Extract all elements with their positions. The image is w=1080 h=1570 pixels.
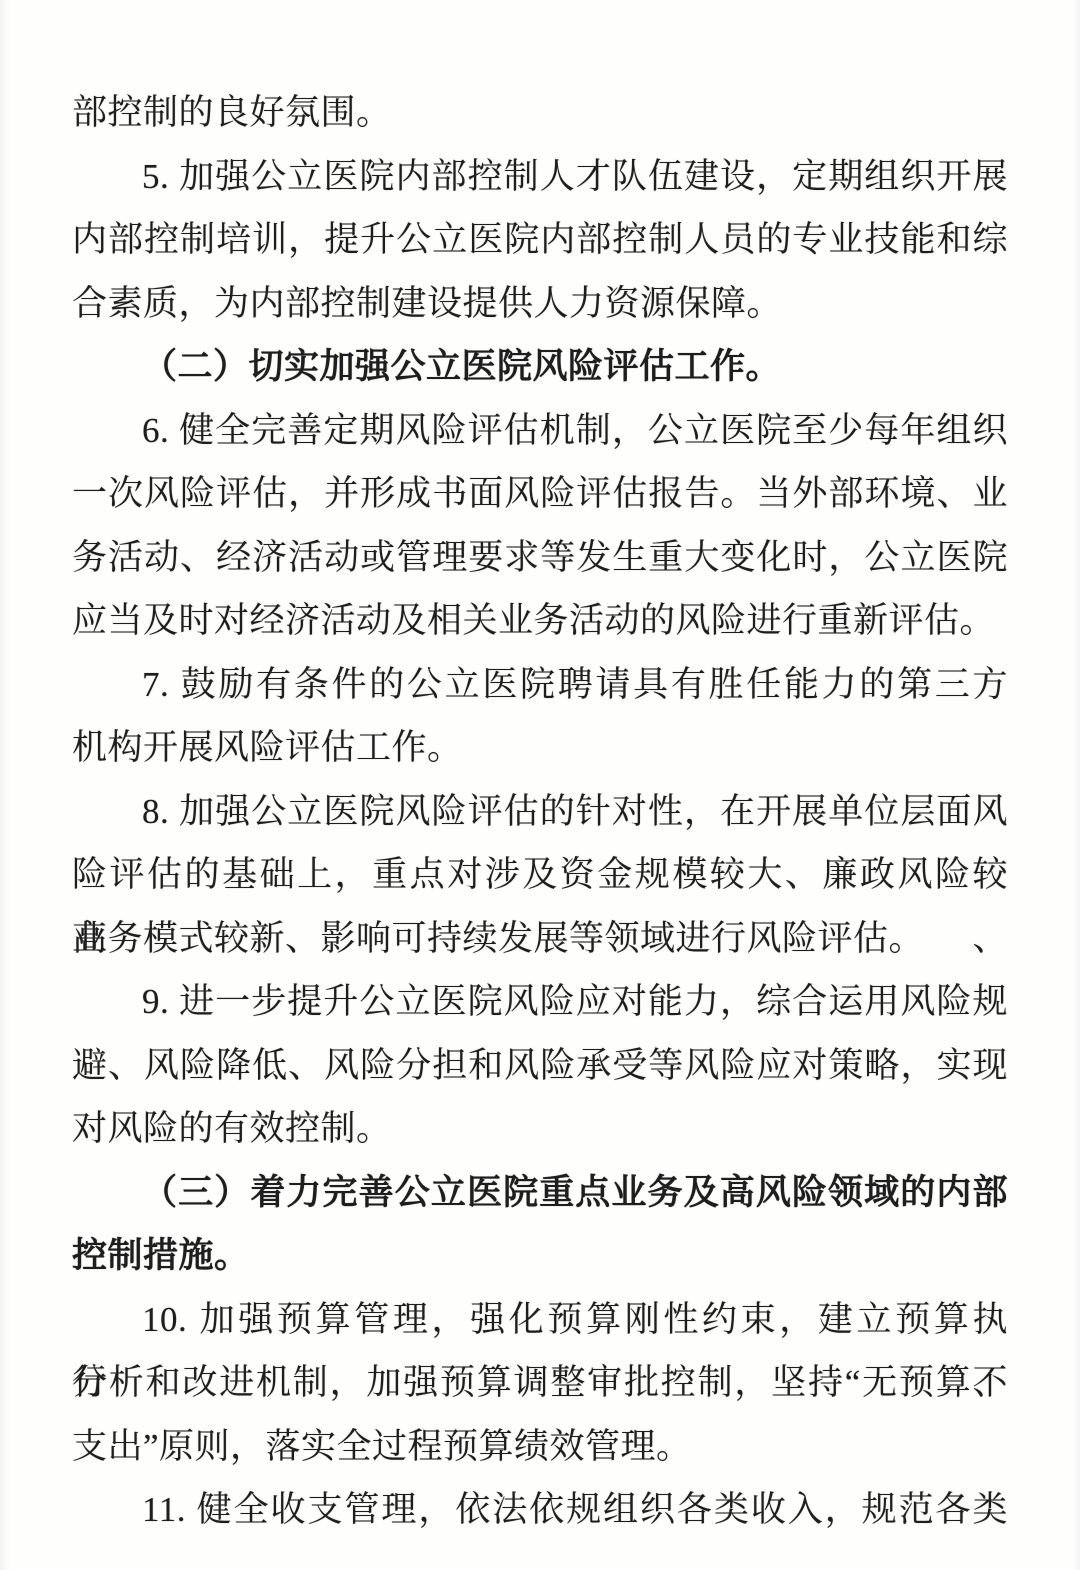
document-page: 部控制的良好氛围。 5. 加强公立医院内部控制人才队伍建设，定期组织开展 内部控… [0, 0, 1080, 1570]
heading-line: （二）切实加强公立医院风险评估工作。 [72, 335, 1008, 399]
text-line: 合素质，为内部控制建设提供人力资源保障。 [72, 272, 1008, 336]
text-line: 应当及时对经济活动及相关业务活动的风险进行重新评估。 [72, 589, 1008, 653]
text-line: 务活动、经济活动或管理要求等发生重大变化时，公立医院 [72, 526, 1008, 590]
text-line: 5. 加强公立医院内部控制人才队伍建设，定期组织开展 [72, 145, 1008, 209]
text-line: 6. 健全完善定期风险评估机制，公立医院至少每年组织 [72, 399, 1008, 463]
text-line: 10. 加强预算管理，强化预算刚性约束，建立预算执行、 [72, 1288, 1008, 1352]
text-line: 险评估的基础上，重点对涉及资金规模较大、廉政风险较高、 [72, 843, 1008, 907]
text-line: 部控制的良好氛围。 [72, 81, 1008, 145]
text-line: 内部控制培训，提升公立医院内部控制人员的专业技能和综 [72, 208, 1008, 272]
text-line: 8. 加强公立医院风险评估的针对性，在开展单位层面风 [72, 780, 1008, 844]
text-line: 9. 进一步提升公立医院风险应对能力，综合运用风险规 [72, 970, 1008, 1034]
document-body: 部控制的良好氛围。 5. 加强公立医院内部控制人才队伍建设，定期组织开展 内部控… [72, 81, 1008, 1542]
text-line: 避、风险降低、风险分担和风险承受等风险应对策略，实现 [72, 1034, 1008, 1098]
text-line: 对风险的有效控制。 [72, 1097, 1008, 1161]
heading-line: 控制措施。 [72, 1224, 1008, 1288]
text-line: 支出”原则，落实全过程预算绩效管理。 [72, 1415, 1008, 1479]
text-line: 业务模式较新、影响可持续发展等领域进行风险评估。 [72, 907, 1008, 971]
heading-line: （三）着力完善公立医院重点业务及高风险领域的内部 [72, 1161, 1008, 1225]
text-line: 机构开展风险评估工作。 [72, 716, 1008, 780]
text-line: 一次风险评估，并形成书面风险评估报告。当外部环境、业 [72, 462, 1008, 526]
text-line: 分析和改进机制，加强预算调整审批控制，坚持“无预算不 [72, 1351, 1008, 1415]
text-line: 11. 健全收支管理，依法依规组织各类收入，规范各类 [72, 1478, 1008, 1542]
text-line: 7. 鼓励有条件的公立医院聘请具有胜任能力的第三方 [72, 653, 1008, 717]
